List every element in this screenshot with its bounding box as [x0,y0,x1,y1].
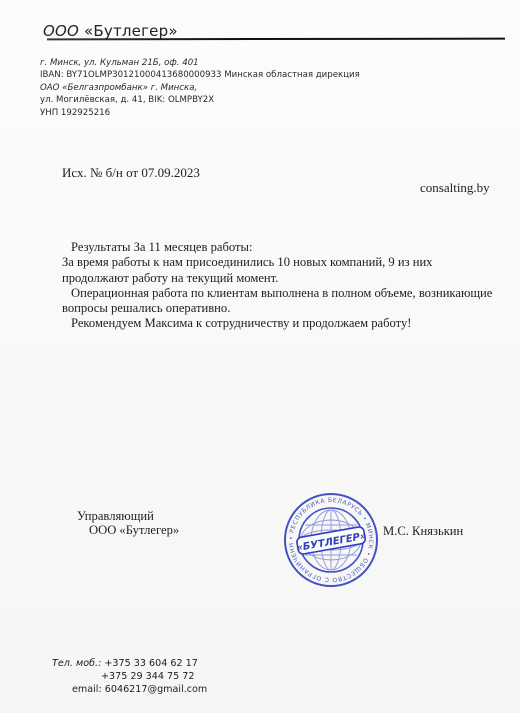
tel-label: Тел. моб.: [52,658,101,669]
requisite-bank: ОАО «Белгазпромбанк» г. Минска, [40,82,360,94]
contact-block: Тел. моб.: +375 33 604 62 17 +375 29 344… [52,657,207,697]
signatory-company: ООО «Бутлегер» [89,523,179,538]
body-paragraph: Результаты За 11 месяцев работы: [62,240,502,255]
requisite-unp: УНП 192925216 [40,107,360,119]
letterhead-divider [47,38,505,41]
requisite-address: г. Минск, ул. Кульман 21Б, оф. 401 [40,57,360,69]
phone-2: +375 29 344 75 72 [101,671,194,682]
outgoing-reference: Исх. № б/н от 07.09.2023 [62,165,200,181]
letter-page: ООО «Бутлегер» г. Минск, ул. Кульман 21Б… [0,0,520,713]
recipient: consalting.by [420,180,490,196]
requisite-iban: IBAN: BY71OLMP30121000413680000933 Минск… [40,69,360,81]
body-paragraph: вопросы решались оперативно. [62,301,502,316]
body-paragraph: продолжают работу на текущий момент. [62,271,502,286]
signatory-position: Управляющий [77,508,154,524]
phone-1: +375 33 604 62 17 [104,658,197,669]
company-prefix: ООО [43,22,79,40]
body-paragraph: Операционная работа по клиентам выполнен… [62,286,502,301]
email-address: 6046217@gmail.com [105,684,208,695]
contact-email-row: email: 6046217@gmail.com [52,683,207,696]
signatory-name: М.С. Князькин [383,524,463,539]
company-requisites: г. Минск, ул. Кульман 21Б, оф. 401 IBAN:… [40,57,360,119]
contact-phone-row-1: Тел. моб.: +375 33 604 62 17 [52,657,207,670]
requisite-bank-address: ул. Могилёвская, д. 41, BIK: OLMPBY2X [40,94,360,106]
letter-body: Результаты За 11 месяцев работы: За врем… [62,240,502,332]
body-paragraph: Рекомендуем Максима к сотрудничеству и п… [62,316,502,331]
contact-phone-row-2: +375 29 344 75 72 [52,670,207,683]
company-stamp-icon: • РЕСПУБЛИКА БЕЛАРУСЬ • МИНСК • ОБЩЕСТВО… [283,492,379,588]
email-label: email: [72,684,102,695]
body-paragraph: За время работы к нам присоединились 10 … [62,255,502,270]
